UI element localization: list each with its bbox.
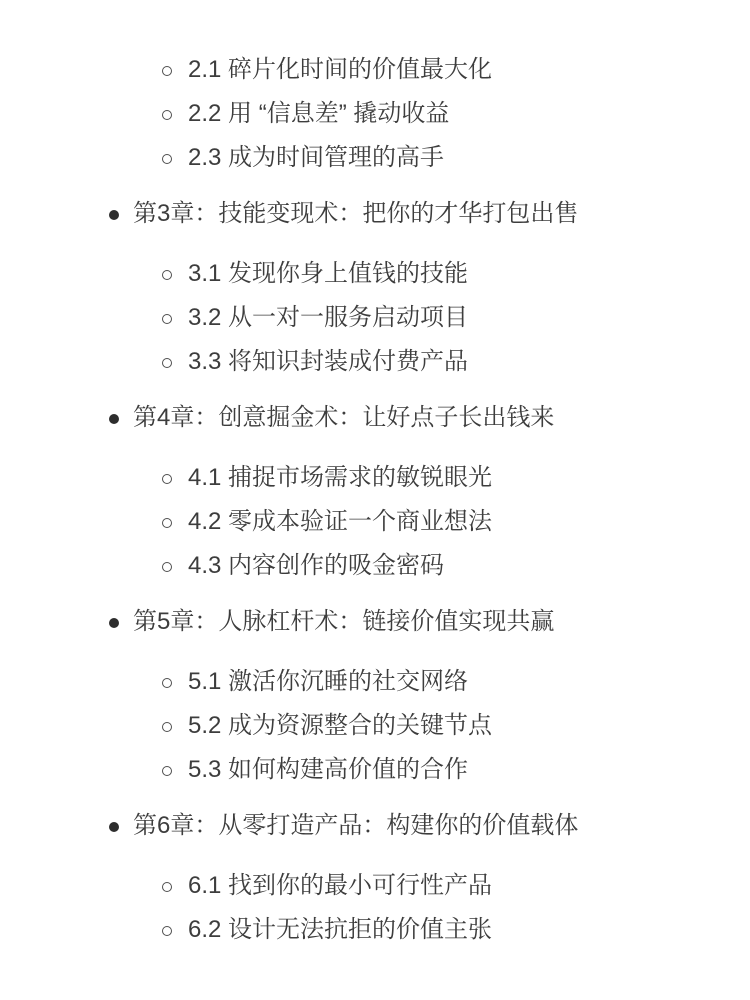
chapter-section: 第4章：创意掘金术：让好点子长出钱来 4.1 捕捉市场需求的敏锐眼光 4.2 零… xyxy=(0,400,750,584)
disc-bullet-icon xyxy=(109,618,119,628)
circle-bullet-icon xyxy=(162,358,172,368)
circle-bullet-icon xyxy=(162,518,172,528)
toc-subitem: 4.2 零成本验证一个商业想法 xyxy=(0,504,750,540)
toc-subitem: 2.2 用 “信息差” 撬动收益 xyxy=(0,96,750,132)
subitem-label: 3.1 发现你身上值钱的技能 xyxy=(188,260,468,287)
toc-subitem: 6.2 设计无法抗拒的价值主张 xyxy=(0,912,750,948)
toc-subitem: 3.3 将知识封装成付费产品 xyxy=(0,344,750,380)
circle-bullet-icon xyxy=(162,474,172,484)
circle-bullet-icon xyxy=(162,314,172,324)
chapter-section: 第6章：从零打造产品：构建你的价值载体 6.1 找到你的最小可行性产品 6.2 … xyxy=(0,808,750,948)
toc-subitem: 5.3 如何构建高价值的合作 xyxy=(0,752,750,788)
circle-bullet-icon xyxy=(162,66,172,76)
chapter-heading: 第3章：技能变现术：把你的才华打包出售 xyxy=(0,196,750,232)
chapter-subitem-list: 4.1 捕捉市场需求的敏锐眼光 4.2 零成本验证一个商业想法 4.3 内容创作… xyxy=(0,460,750,584)
toc-subitem: 3.2 从一对一服务启动项目 xyxy=(0,300,750,336)
chapter2-subitem-list: 2.1 碎片化时间的价值最大化 2.2 用 “信息差” 撬动收益 2.3 成为时… xyxy=(0,52,750,176)
subitem-label: 2.1 碎片化时间的价值最大化 xyxy=(188,56,492,83)
chapter-section: 第3章：技能变现术：把你的才华打包出售 3.1 发现你身上值钱的技能 3.2 从… xyxy=(0,196,750,380)
toc-subitem: 2.1 碎片化时间的价值最大化 xyxy=(0,52,750,88)
toc-subitem: 5.1 激活你沉睡的社交网络 xyxy=(0,664,750,700)
toc-subitem: 6.1 找到你的最小可行性产品 xyxy=(0,868,750,904)
subitem-label: 4.1 捕捉市场需求的敏锐眼光 xyxy=(188,464,492,491)
subitem-label: 3.3 将知识封装成付费产品 xyxy=(188,348,468,375)
subitem-label: 4.2 零成本验证一个商业想法 xyxy=(188,508,492,535)
subitem-label: 3.2 从一对一服务启动项目 xyxy=(188,304,468,331)
subitem-label: 2.2 用 “信息差” 撬动收益 xyxy=(188,100,449,127)
chapter-heading: 第4章：创意掘金术：让好点子长出钱来 xyxy=(0,400,750,436)
subitem-label: 2.3 成为时间管理的高手 xyxy=(188,144,444,171)
toc-subitem: 2.3 成为时间管理的高手 xyxy=(0,140,750,176)
disc-bullet-icon xyxy=(109,210,119,220)
subitem-label: 5.1 激活你沉睡的社交网络 xyxy=(188,668,468,695)
chapter-title: 第5章：人脉杠杆术：链接价值实现共赢 xyxy=(133,608,554,635)
chapter-section: 第5章：人脉杠杆术：链接价值实现共赢 5.1 激活你沉睡的社交网络 5.2 成为… xyxy=(0,604,750,788)
circle-bullet-icon xyxy=(162,110,172,120)
chapter-subitem-list: 3.1 发现你身上值钱的技能 3.2 从一对一服务启动项目 3.3 将知识封装成… xyxy=(0,256,750,380)
chapter-title: 第3章：技能变现术：把你的才华打包出售 xyxy=(133,200,578,227)
toc-subitem: 4.3 内容创作的吸金密码 xyxy=(0,548,750,584)
circle-bullet-icon xyxy=(162,766,172,776)
chapter-list: 第3章：技能变现术：把你的才华打包出售 3.1 发现你身上值钱的技能 3.2 从… xyxy=(0,196,750,948)
circle-bullet-icon xyxy=(162,562,172,572)
toc-document: 2.1 碎片化时间的价值最大化 2.2 用 “信息差” 撬动收益 2.3 成为时… xyxy=(0,0,750,1000)
subitem-label: 4.3 内容创作的吸金密码 xyxy=(188,552,444,579)
subitem-label: 6.2 设计无法抗拒的价值主张 xyxy=(188,916,492,943)
toc-subitem: 4.1 捕捉市场需求的敏锐眼光 xyxy=(0,460,750,496)
chapter-heading: 第5章：人脉杠杆术：链接价值实现共赢 xyxy=(0,604,750,640)
toc-subitem: 3.1 发现你身上值钱的技能 xyxy=(0,256,750,292)
chapter-subitem-list: 6.1 找到你的最小可行性产品 6.2 设计无法抗拒的价值主张 xyxy=(0,868,750,948)
circle-bullet-icon xyxy=(162,882,172,892)
circle-bullet-icon xyxy=(162,678,172,688)
circle-bullet-icon xyxy=(162,722,172,732)
chapter-title: 第6章：从零打造产品：构建你的价值载体 xyxy=(133,812,578,839)
subitem-label: 5.2 成为资源整合的关键节点 xyxy=(188,712,492,739)
subitem-label: 6.1 找到你的最小可行性产品 xyxy=(188,872,492,899)
disc-bullet-icon xyxy=(109,414,119,424)
toc-subitem: 5.2 成为资源整合的关键节点 xyxy=(0,708,750,744)
circle-bullet-icon xyxy=(162,926,172,936)
circle-bullet-icon xyxy=(162,154,172,164)
circle-bullet-icon xyxy=(162,270,172,280)
disc-bullet-icon xyxy=(109,822,119,832)
chapter-heading: 第6章：从零打造产品：构建你的价值载体 xyxy=(0,808,750,844)
subitem-label: 5.3 如何构建高价值的合作 xyxy=(188,756,468,783)
chapter-subitem-list: 5.1 激活你沉睡的社交网络 5.2 成为资源整合的关键节点 5.3 如何构建高… xyxy=(0,664,750,788)
chapter-title: 第4章：创意掘金术：让好点子长出钱来 xyxy=(133,404,554,431)
